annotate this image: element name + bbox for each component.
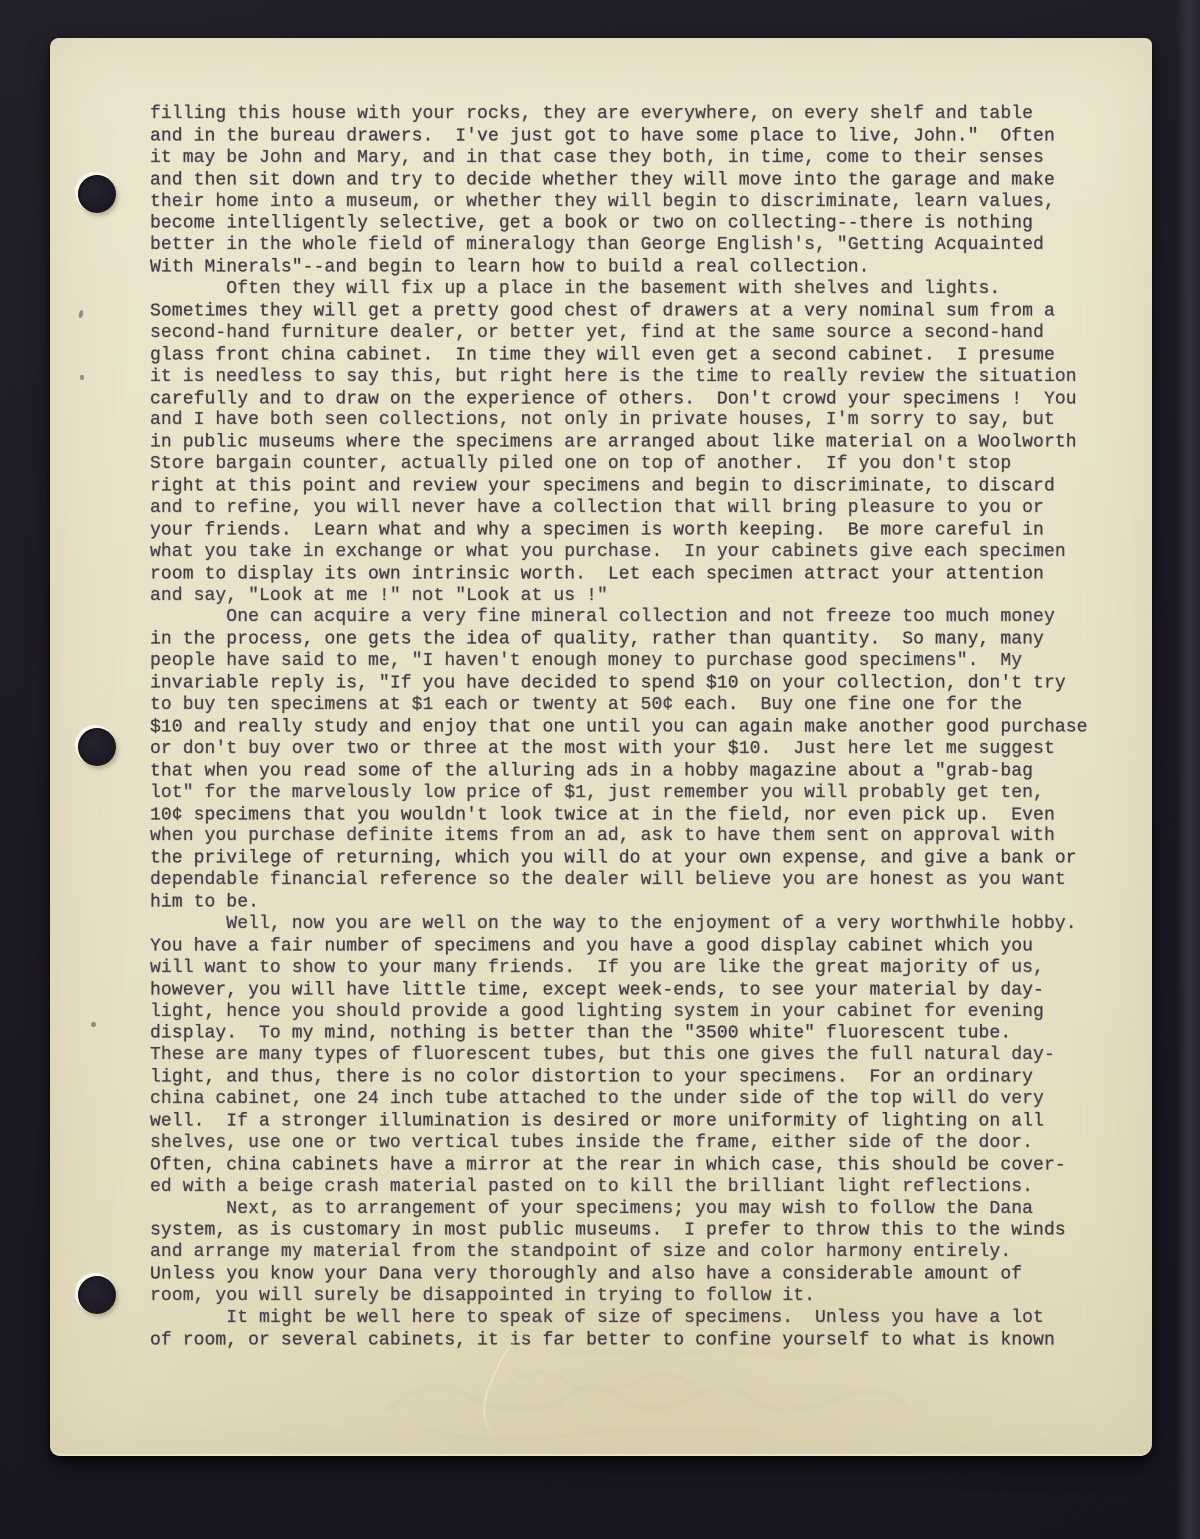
typed-line: light, and thus, there is no color disto… — [150, 1068, 1110, 1090]
typed-line: their home into a museum, or whether the… — [150, 192, 1110, 214]
ink-bleedthrough-smudge — [330, 1328, 1050, 1453]
typed-line: and say, "Look at me !" not "Look at us … — [150, 586, 1110, 608]
typed-line: 10¢ specimens that you wouldn't look twi… — [150, 805, 1110, 827]
typed-line: and to refine, you will never have a col… — [150, 498, 1110, 520]
typed-line: room to display its own intrinsic worth.… — [150, 564, 1110, 586]
typed-line: your friends. Learn what and why a speci… — [150, 520, 1110, 542]
scanner-edge-strip — [1176, 0, 1200, 1539]
typed-line: when you purchase definite items from an… — [150, 826, 1110, 848]
typed-line: Well, now you are well on the way to the… — [150, 914, 1110, 936]
typed-line: system, as is customary in most public m… — [150, 1221, 1110, 1243]
typed-line: It might be well here to speak of size o… — [150, 1308, 1110, 1330]
typed-line: carefully and to draw on the experience … — [150, 389, 1110, 411]
paragraph-2: Often they will fix up a place in the ba… — [150, 279, 1110, 607]
typed-line: Often, china cabinets have a mirror at t… — [150, 1155, 1110, 1177]
hole-punch-middle — [78, 728, 116, 766]
typed-line: what you take in exchange or what you pu… — [150, 542, 1110, 564]
typed-line: Next, as to arrangement of your specimen… — [150, 1199, 1110, 1221]
typed-line: right at this point and review your spec… — [150, 477, 1110, 499]
typed-line: Store bargain counter, actually piled on… — [150, 454, 1110, 476]
typed-line: it is needless to say this, but right he… — [150, 367, 1110, 389]
typed-line: in the process, one gets the idea of qua… — [150, 630, 1110, 652]
paper-speck — [80, 375, 84, 380]
paragraph-1: filling this house with your rocks, they… — [150, 104, 1110, 279]
typed-line: that when you read some of the alluring … — [150, 761, 1110, 783]
typed-line: the privilege of returning, which you wi… — [150, 849, 1110, 871]
typed-line: will want to show to your many friends. … — [150, 958, 1110, 980]
paragraph-4: Well, now you are well on the way to the… — [150, 914, 1110, 1199]
typed-line: Often they will fix up a place in the ba… — [150, 279, 1110, 301]
typed-line: light, hence you should provide a good l… — [150, 1002, 1110, 1024]
typed-line: glass front china cabinet. In time they … — [150, 345, 1110, 367]
typed-line: to buy ten specimens at $1 each or twent… — [150, 695, 1110, 717]
typed-line: lot" for the marvelously low price of $1… — [150, 783, 1110, 805]
typed-line: better in the whole field of mineralogy … — [150, 235, 1110, 257]
typed-line: You have a fair number of specimens and … — [150, 936, 1110, 958]
typed-line: and then sit down and try to decide whet… — [150, 170, 1110, 192]
typed-line: shelves, use one or two vertical tubes i… — [150, 1133, 1110, 1155]
typed-line: display. To my mind, nothing is better t… — [150, 1024, 1110, 1046]
document-page: filling this house with your rocks, they… — [50, 38, 1152, 1456]
typed-line: well. If a stronger illumination is desi… — [150, 1111, 1110, 1133]
typed-line: people have said to me, "I haven't enoug… — [150, 651, 1110, 673]
typed-line: These are many types of fluorescent tube… — [150, 1045, 1110, 1067]
typed-line: room, you will surely be disappointed in… — [150, 1286, 1110, 1308]
typed-line: in public museums where the specimens ar… — [150, 433, 1110, 455]
typed-text: filling this house with your rocks, they… — [150, 104, 1110, 1352]
typed-line: ed with a beige crash material pasted on… — [150, 1177, 1110, 1199]
paper-speck — [78, 310, 84, 319]
typed-line: however, you will have little time, exce… — [150, 980, 1110, 1002]
paragraph-5: Next, as to arrangement of your specimen… — [150, 1199, 1110, 1308]
typed-line: $10 and really study and enjoy that one … — [150, 717, 1110, 739]
hole-punch-bottom — [78, 1276, 116, 1314]
typed-line: or don't buy over two or three at the mo… — [150, 739, 1110, 761]
typed-line: him to be. — [150, 892, 1110, 914]
typed-line: and in the bureau drawers. I've just got… — [150, 126, 1110, 148]
typed-line: dependable financial reference so the de… — [150, 870, 1110, 892]
typed-line: it may be John and Mary, and in that cas… — [150, 148, 1110, 170]
typed-line: become intelligently selective, get a bo… — [150, 214, 1110, 236]
paper-speck — [91, 1022, 96, 1027]
typed-line: and arrange my material from the standpo… — [150, 1242, 1110, 1264]
typed-line: invariable reply is, "If you have decide… — [150, 674, 1110, 696]
typed-line: china cabinet, one 24 inch tube attached… — [150, 1089, 1110, 1111]
paragraph-3: One can acquire a very fine mineral coll… — [150, 607, 1110, 913]
typed-line: Unless you know your Dana very thoroughl… — [150, 1265, 1110, 1287]
typed-line: second-hand furniture dealer, or better … — [150, 323, 1110, 345]
typed-line: With Minerals"--and begin to learn how t… — [150, 258, 1110, 280]
typed-line: filling this house with your rocks, they… — [150, 104, 1110, 126]
typed-line: One can acquire a very fine mineral coll… — [150, 607, 1110, 629]
typed-line: and I have both seen collections, not on… — [150, 410, 1110, 432]
typed-line: Sometimes they will get a pretty good ch… — [150, 301, 1110, 323]
hole-punch-top — [78, 175, 116, 213]
scan-background: filling this house with your rocks, they… — [0, 0, 1200, 1539]
